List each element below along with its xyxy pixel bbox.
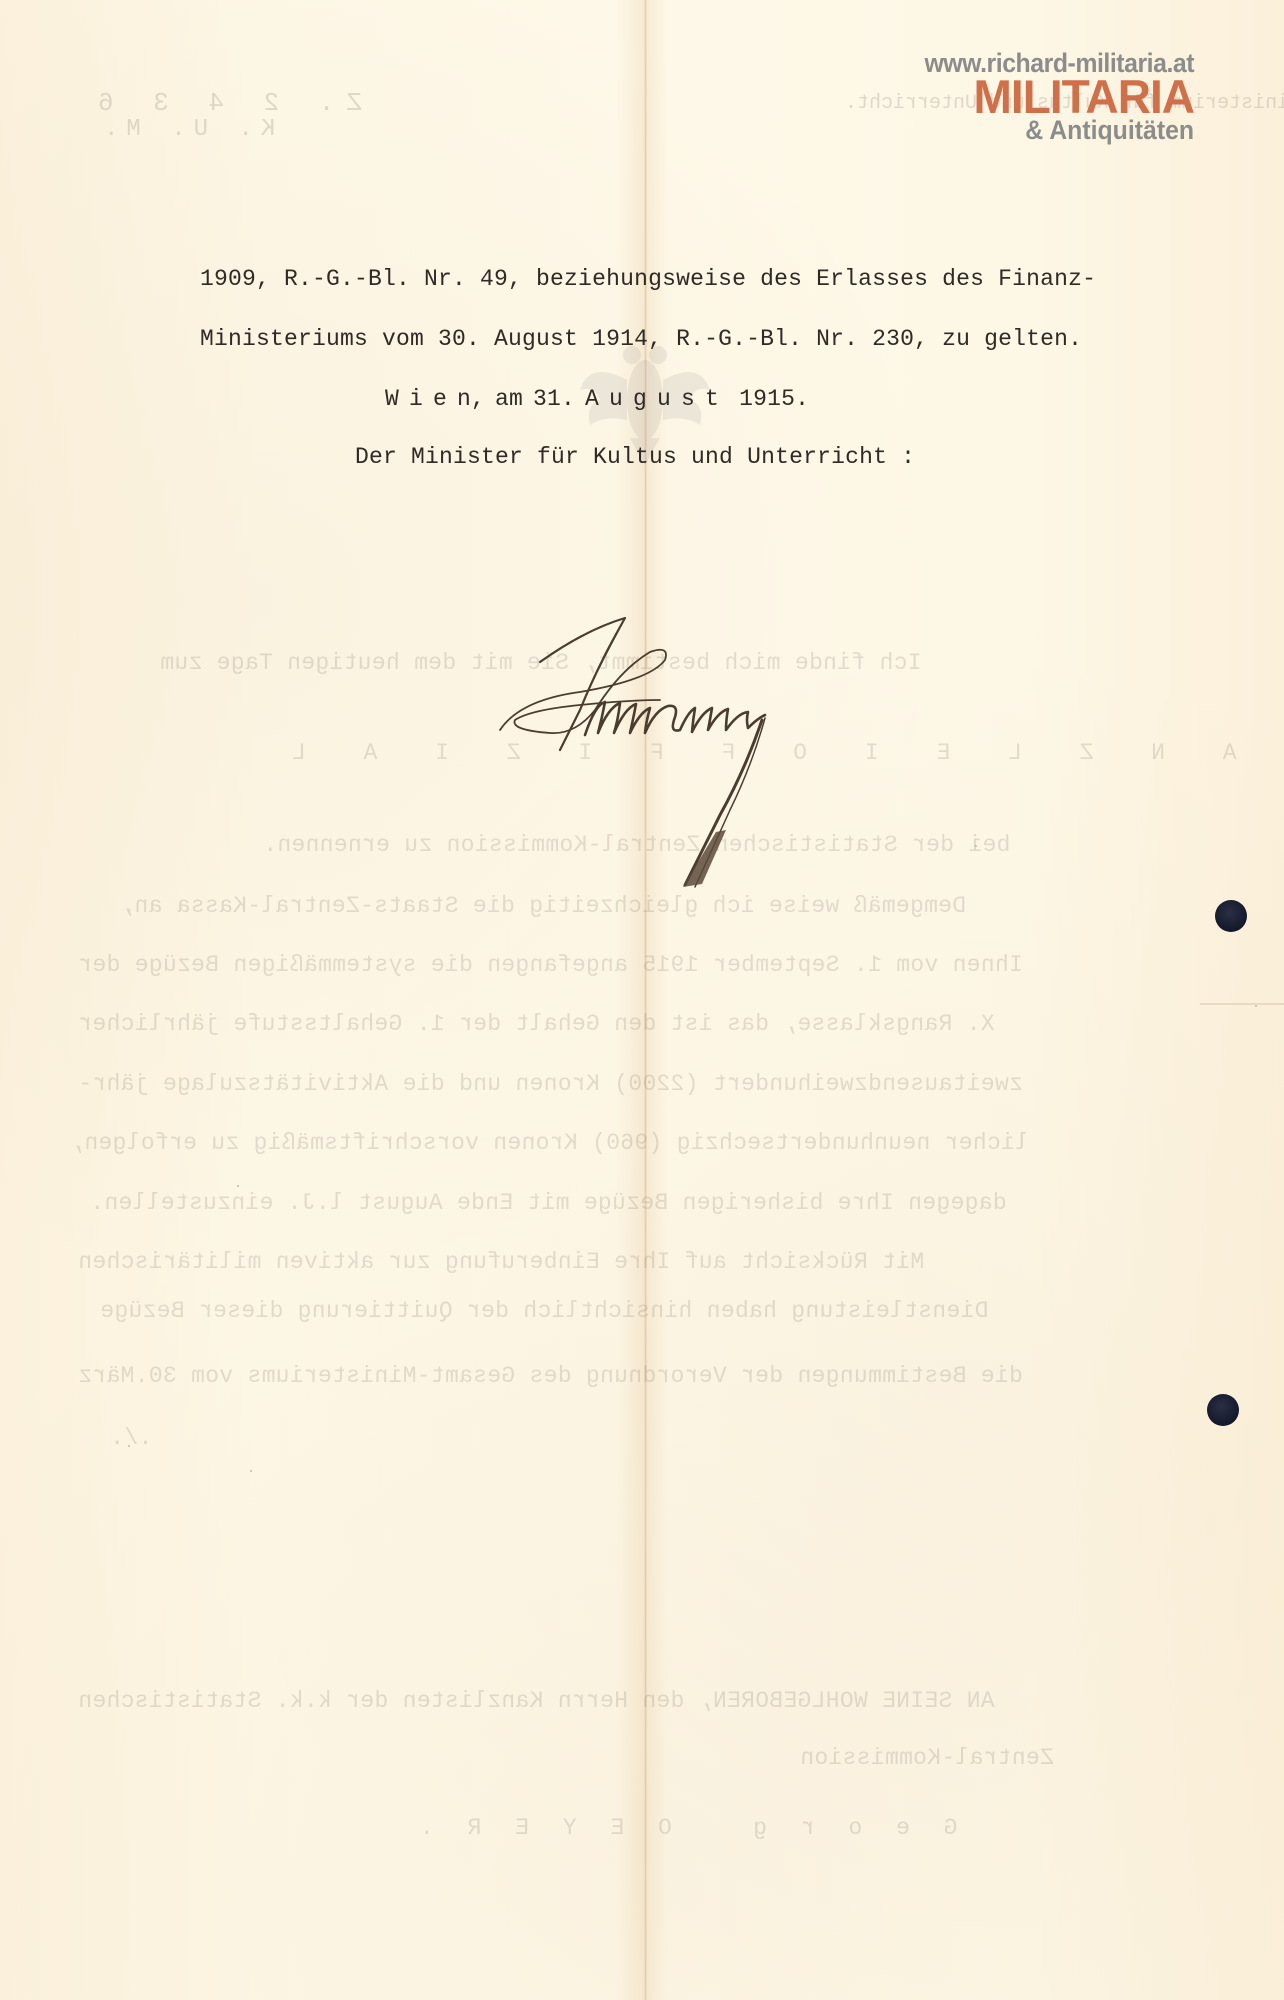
bleed-line-7: zweitausendzweihundert (2200) Kronen und… bbox=[78, 1071, 1023, 1097]
bleed-line-11: Dienstleistung haben hinsichtlich der Qu… bbox=[100, 1298, 988, 1324]
bleed-line-10: Mit Rücksicht auf Ihre Einberufung zur a… bbox=[78, 1249, 924, 1275]
bleed-line-9: dagegen Ihre bisherigen Bezüge mit Ende … bbox=[90, 1190, 1007, 1216]
paper-speck bbox=[237, 1185, 239, 1187]
signature bbox=[490, 600, 870, 900]
bleed-reference-number: Z. 2 4 3 6 bbox=[86, 88, 362, 118]
signatory-title: Der Minister für Kultus und Unterricht : bbox=[355, 444, 915, 470]
bleed-line-5: Ihnen vom 1. September 1915 angefangen d… bbox=[78, 952, 1023, 978]
bleed-recipient-name: G e o r g O E Y E R . bbox=[410, 1815, 957, 1841]
place-date: W i e n, am 31. A u g u s t 1915. bbox=[385, 386, 809, 412]
bleed-addressee-2: Zentral-Kommission bbox=[800, 1745, 1054, 1771]
logo-title: MILITARIA bbox=[907, 73, 1194, 120]
bleed-line-13: ./. bbox=[110, 1425, 152, 1451]
horizontal-fold-line bbox=[1200, 1003, 1284, 1005]
bleed-reference-office: K. U. M. bbox=[96, 116, 275, 143]
document-line-1: 1909, R.-G.-Bl. Nr. 49, beziehungsweise … bbox=[200, 266, 1096, 292]
bleed-line-12: die Bestimmungen der Verordnung des Gesa… bbox=[78, 1363, 1023, 1389]
punch-hole bbox=[1207, 1394, 1239, 1426]
paper-speck bbox=[250, 1470, 252, 1472]
logo-subtitle: & Antiquitäten bbox=[924, 117, 1194, 144]
bleed-addressee-1: AN SEINE WOHLGEBOREN, den Herrn Kanzlist… bbox=[78, 1688, 995, 1714]
document-page: Z. 2 4 3 6 K. U. M. K. k. Ministerium fü… bbox=[0, 0, 1284, 2000]
watermark-logo: www.richard-militaria.at MILITARIA & Ant… bbox=[901, 50, 1194, 144]
paper-speck bbox=[128, 1445, 130, 1447]
document-line-2: Ministeriums vom 30. August 1914, R.-G.-… bbox=[200, 326, 1082, 352]
punch-hole bbox=[1215, 900, 1247, 932]
paper-speck bbox=[1255, 1005, 1257, 1007]
paper-speck bbox=[975, 845, 977, 847]
bleed-line-6: X. Rangsklasse, das ist den Gehalt der 1… bbox=[78, 1011, 995, 1037]
bleed-line-8: licher neunhundertsechzig (960) Kronen v… bbox=[70, 1130, 1029, 1156]
